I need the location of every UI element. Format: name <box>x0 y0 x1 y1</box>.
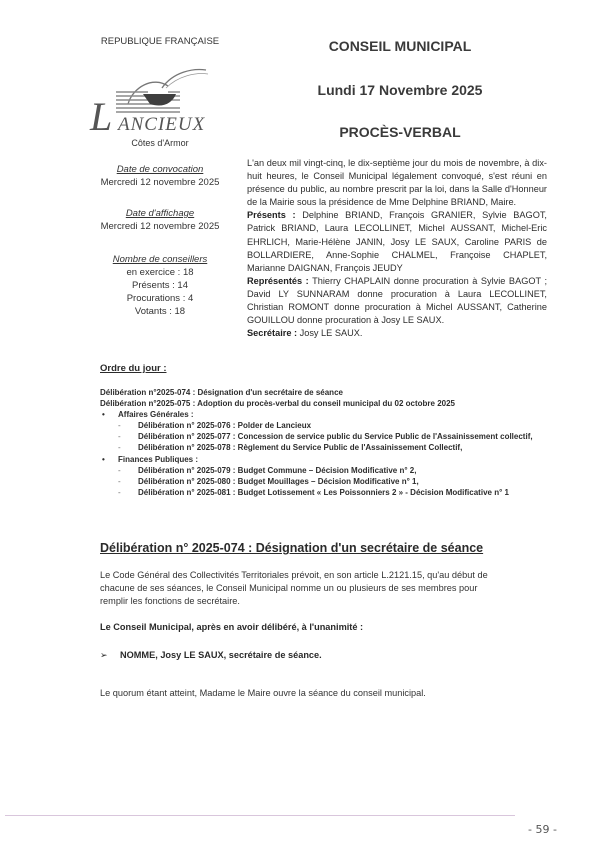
agenda-subitem: -Délibération n° 2025-076 : Polder de La… <box>100 420 560 431</box>
agenda-item: Délibération n°2025-074 : Désignation d'… <box>100 387 560 398</box>
closing-text: Le quorum étant atteint, Madame le Maire… <box>100 688 426 698</box>
agenda-subitem: -Délibération n° 2025-077 : Concession d… <box>100 431 560 442</box>
agenda-heading: Ordre du jour : <box>100 363 167 374</box>
page-number: - 59 - <box>528 823 557 836</box>
affichage-block: Date d'affichage Mercredi 12 novembre 20… <box>60 207 260 233</box>
dash-icon: - <box>100 442 138 453</box>
agenda-subitem-text: Délibération n° 2025-078 : Règlement du … <box>138 443 462 452</box>
procurations-count: Procurations : 4 <box>60 292 260 305</box>
agenda-subitem-text: Délibération n° 2025-080 : Budget Mouill… <box>138 477 419 486</box>
agenda-subitem: -Délibération n° 2025-080 : Budget Mouil… <box>100 476 560 487</box>
logo-graphic-icon: L ANCIEUX <box>88 62 218 134</box>
en-exercice-count: en exercice : 18 <box>60 266 260 279</box>
dash-icon: - <box>100 465 138 476</box>
agenda-list: Délibération n°2025-074 : Désignation d'… <box>100 387 560 498</box>
agenda-subitem-text: Délibération n° 2025-077 : Concession de… <box>138 432 533 441</box>
presents-count: Présents : 14 <box>60 279 260 292</box>
document-type: PROCÈS-VERBAL <box>290 124 510 140</box>
decision-intro: Le Conseil Municipal, après en avoir dél… <box>100 622 363 632</box>
section-title: Finances Publiques : <box>118 455 198 464</box>
svg-text:ANCIEUX: ANCIEUX <box>116 114 206 134</box>
dash-icon: - <box>100 420 138 431</box>
bullet-icon: • <box>100 454 118 465</box>
convocation-block: Date de convocation Mercredi 12 novembre… <box>60 163 260 189</box>
presents-label: Présents : <box>247 210 296 220</box>
agenda-subitem-text: Délibération n° 2025-079 : Budget Commun… <box>138 466 416 475</box>
footer-divider <box>5 815 515 816</box>
deliberation-paragraph: Le Code Général des Collectivités Territ… <box>100 569 505 609</box>
dash-icon: - <box>100 476 138 487</box>
agenda-subitem-text: Délibération n° 2025-076 : Polder de Lan… <box>138 421 311 430</box>
votants-count: Votants : 18 <box>60 305 260 318</box>
dash-icon: - <box>100 431 138 442</box>
conseillers-block: Nombre de conseillers en exercice : 18 P… <box>60 253 260 318</box>
affichage-value: Mercredi 12 novembre 2025 <box>60 220 260 233</box>
affichage-label: Date d'affichage <box>60 207 260 220</box>
meeting-date: Lundi 17 Novembre 2025 <box>290 82 510 98</box>
opening-text: L'an deux mil vingt-cinq, le dix-septièm… <box>247 158 547 207</box>
agenda-section: •Finances Publiques : <box>100 454 560 465</box>
deliberation-title: Délibération n° 2025-074 : Désignation d… <box>100 541 483 555</box>
meeting-intro: L'an deux mil vingt-cinq, le dix-septièm… <box>247 157 547 340</box>
svg-text:L: L <box>89 94 112 134</box>
secretaire-label: Secrétaire : <box>247 328 297 338</box>
agenda-subitem: -Délibération n° 2025-081 : Budget Lotis… <box>100 487 560 498</box>
section-title: Affaires Générales : <box>118 410 194 419</box>
conseillers-label: Nombre de conseillers <box>60 253 260 266</box>
document-title: CONSEIL MUNICIPAL <box>290 38 510 54</box>
arrow-bullet-icon: ➢ <box>100 650 120 661</box>
lancieux-logo: L ANCIEUX <box>88 62 218 134</box>
agenda-section: •Affaires Générales : <box>100 409 560 420</box>
republic-header: REPUBLIQUE FRANÇAISE <box>60 36 260 47</box>
department-label: Côtes d'Armor <box>60 138 260 148</box>
agenda-subitem: -Délibération n° 2025-078 : Règlement du… <box>100 442 560 453</box>
agenda-item: Délibération n°2025-075 : Adoption du pr… <box>100 398 560 409</box>
decision-line: ➢NOMME, Josy LE SAUX, secrétaire de séan… <box>100 650 322 661</box>
representes-label: Représentés : <box>247 276 309 286</box>
secretaire-name: Josy LE SAUX. <box>297 328 362 338</box>
convocation-value: Mercredi 12 novembre 2025 <box>60 176 260 189</box>
agenda-subitem: -Délibération n° 2025-079 : Budget Commu… <box>100 465 560 476</box>
dash-icon: - <box>100 487 138 498</box>
convocation-label: Date de convocation <box>60 163 260 176</box>
agenda-subitem-text: Délibération n° 2025-081 : Budget Lotiss… <box>138 488 509 497</box>
bullet-icon: • <box>100 409 118 420</box>
decision-text: NOMME, Josy LE SAUX, secrétaire de séanc… <box>120 650 322 660</box>
